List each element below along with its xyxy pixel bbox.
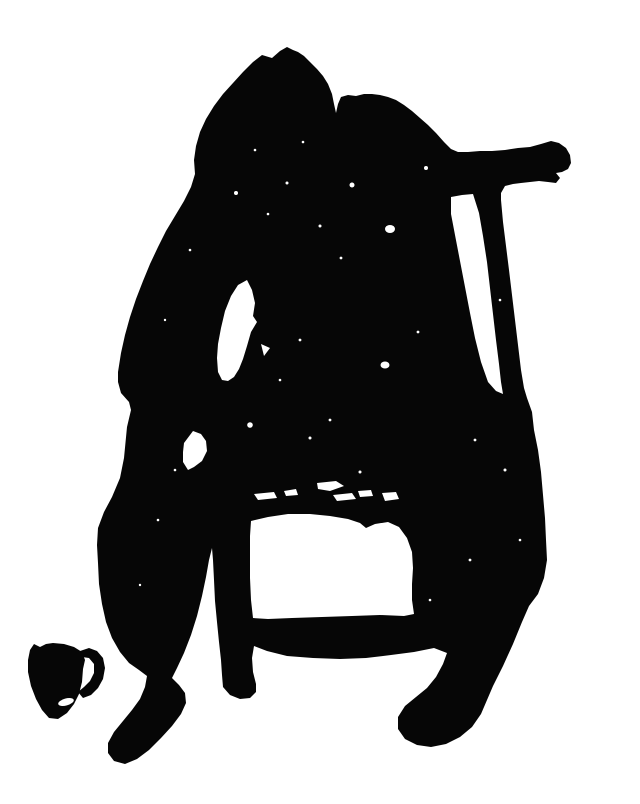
silhouette-svg <box>0 0 640 804</box>
seat-edge-slit <box>358 490 373 497</box>
ink-speck-gap <box>340 257 343 260</box>
ink-speck-gap <box>504 469 507 472</box>
ink-speck-gap <box>164 319 166 321</box>
ink-speck-gap <box>350 183 355 188</box>
ink-speck-gap <box>329 419 332 422</box>
ink-speck-gap <box>309 437 312 440</box>
ink-speck-gap <box>189 249 192 252</box>
ink-speck-gap <box>302 141 305 144</box>
ink-speck-gap <box>381 362 390 369</box>
ink-speck-gap <box>319 225 322 228</box>
ink-speck-gap <box>279 379 282 382</box>
ink-speck-gap <box>247 422 253 428</box>
ink-speck-gap <box>228 321 231 324</box>
ink-speck-gap <box>254 149 257 152</box>
ink-speck-gap <box>234 191 238 195</box>
ink-speck-gap <box>417 331 420 334</box>
under-seat-opening <box>250 514 414 619</box>
ink-speck-gap <box>286 182 289 185</box>
ink-speck-gap <box>385 225 395 233</box>
ink-speck-gap <box>469 559 472 562</box>
ink-speck-gap <box>424 166 428 170</box>
ink-speck-gap <box>519 539 522 542</box>
ink-speck-gap <box>429 599 432 602</box>
illustration-page <box>0 0 640 804</box>
ink-speck-gap <box>174 469 177 472</box>
mug-body <box>28 643 85 719</box>
ink-speck-gap <box>139 584 141 586</box>
ink-speck-gap <box>499 299 502 302</box>
ink-speck-gap <box>299 339 302 342</box>
ink-speck-gap <box>359 471 362 474</box>
ink-speck-gap <box>267 213 270 216</box>
ink-speck-gap <box>474 439 477 442</box>
ink-speck-gap <box>157 519 160 522</box>
figure-and-chair-silhouette <box>97 47 571 764</box>
